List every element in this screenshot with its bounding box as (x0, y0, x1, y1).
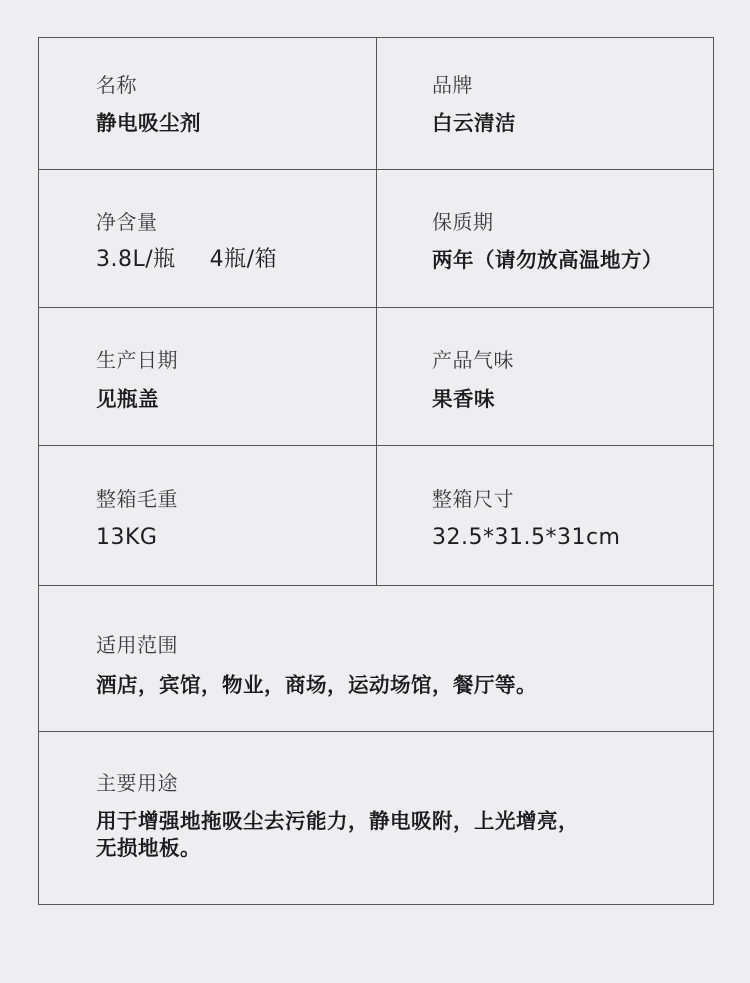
spec-label-net-content: 净含量 (96, 206, 158, 235)
spec-value-per-box: 4瓶/箱 (210, 247, 277, 272)
spec-cell-net-content: 净含量 3.8L/瓶4瓶/箱 (39, 170, 376, 307)
spec-value-production-date: 见瓶盖 (96, 385, 159, 413)
spec-row-6: 主要用途 用于增强地拖吸尘去污能力，静电吸附，上光增亮， 无损地板。 (39, 731, 713, 904)
spec-cell-usage: 主要用途 用于增强地拖吸尘去污能力，静电吸附，上光增亮， 无损地板。 (39, 732, 713, 904)
spec-row-3: 生产日期 见瓶盖 产品气味 果香味 (39, 307, 713, 445)
spec-value-usage: 用于增强地拖吸尘去污能力，静电吸附，上光增亮， 无损地板。 (96, 808, 656, 862)
spec-label-brand: 品牌 (432, 69, 473, 98)
spec-row-2: 净含量 3.8L/瓶4瓶/箱 保质期 两年（请勿放高温地方） (39, 169, 713, 307)
spec-label-scent: 产品气味 (432, 344, 514, 373)
spec-row-1: 名称 静电吸尘剂 品牌 白云清洁 (39, 38, 713, 169)
spec-value-shelf-life: 两年（请勿放高温地方） (432, 246, 663, 274)
spec-cell-scope: 适用范围 酒店，宾馆，物业，商场，运动场馆，餐厅等。 (39, 586, 713, 731)
spec-value-usage-line1: 用于增强地拖吸尘去污能力，静电吸附，上光增亮， (96, 808, 656, 835)
spec-value-net-content: 3.8L/瓶4瓶/箱 (96, 246, 277, 274)
spec-cell-gross-weight: 整箱毛重 13KG (39, 446, 376, 585)
spec-label-gross-weight: 整箱毛重 (96, 483, 178, 512)
spec-value-scope: 酒店，宾馆，物业，商场，运动场馆，餐厅等。 (96, 671, 537, 699)
spec-value-name: 静电吸尘剂 (96, 109, 201, 137)
spec-value-gross-weight: 13KG (96, 524, 157, 552)
spec-value-usage-line2: 无损地板。 (96, 835, 656, 862)
spec-cell-name: 名称 静电吸尘剂 (39, 38, 376, 169)
spec-label-box-size: 整箱尺寸 (432, 483, 514, 512)
spec-cell-shelf-life: 保质期 两年（请勿放高温地方） (376, 170, 713, 307)
product-spec-table: 名称 静电吸尘剂 品牌 白云清洁 净含量 3.8L/瓶4瓶/箱 保质期 两年（请… (38, 37, 714, 905)
spec-row-5: 适用范围 酒店，宾馆，物业，商场，运动场馆，餐厅等。 (39, 585, 713, 731)
spec-value-brand: 白云清洁 (432, 109, 516, 137)
spec-cell-box-size: 整箱尺寸 32.5*31.5*31cm (376, 446, 713, 585)
spec-cell-brand: 品牌 白云清洁 (376, 38, 713, 169)
spec-label-production-date: 生产日期 (96, 344, 178, 373)
spec-value-scent: 果香味 (432, 385, 495, 413)
spec-value-box-size: 32.5*31.5*31cm (432, 524, 621, 552)
spec-label-name: 名称 (96, 69, 137, 98)
spec-label-shelf-life: 保质期 (432, 206, 494, 235)
spec-cell-scent: 产品气味 果香味 (376, 308, 713, 445)
spec-label-usage: 主要用途 (96, 767, 178, 796)
spec-cell-production-date: 生产日期 见瓶盖 (39, 308, 376, 445)
spec-row-4: 整箱毛重 13KG 整箱尺寸 32.5*31.5*31cm (39, 445, 713, 585)
spec-label-scope: 适用范围 (96, 629, 178, 658)
spec-value-per-bottle: 3.8L/瓶 (96, 247, 176, 272)
